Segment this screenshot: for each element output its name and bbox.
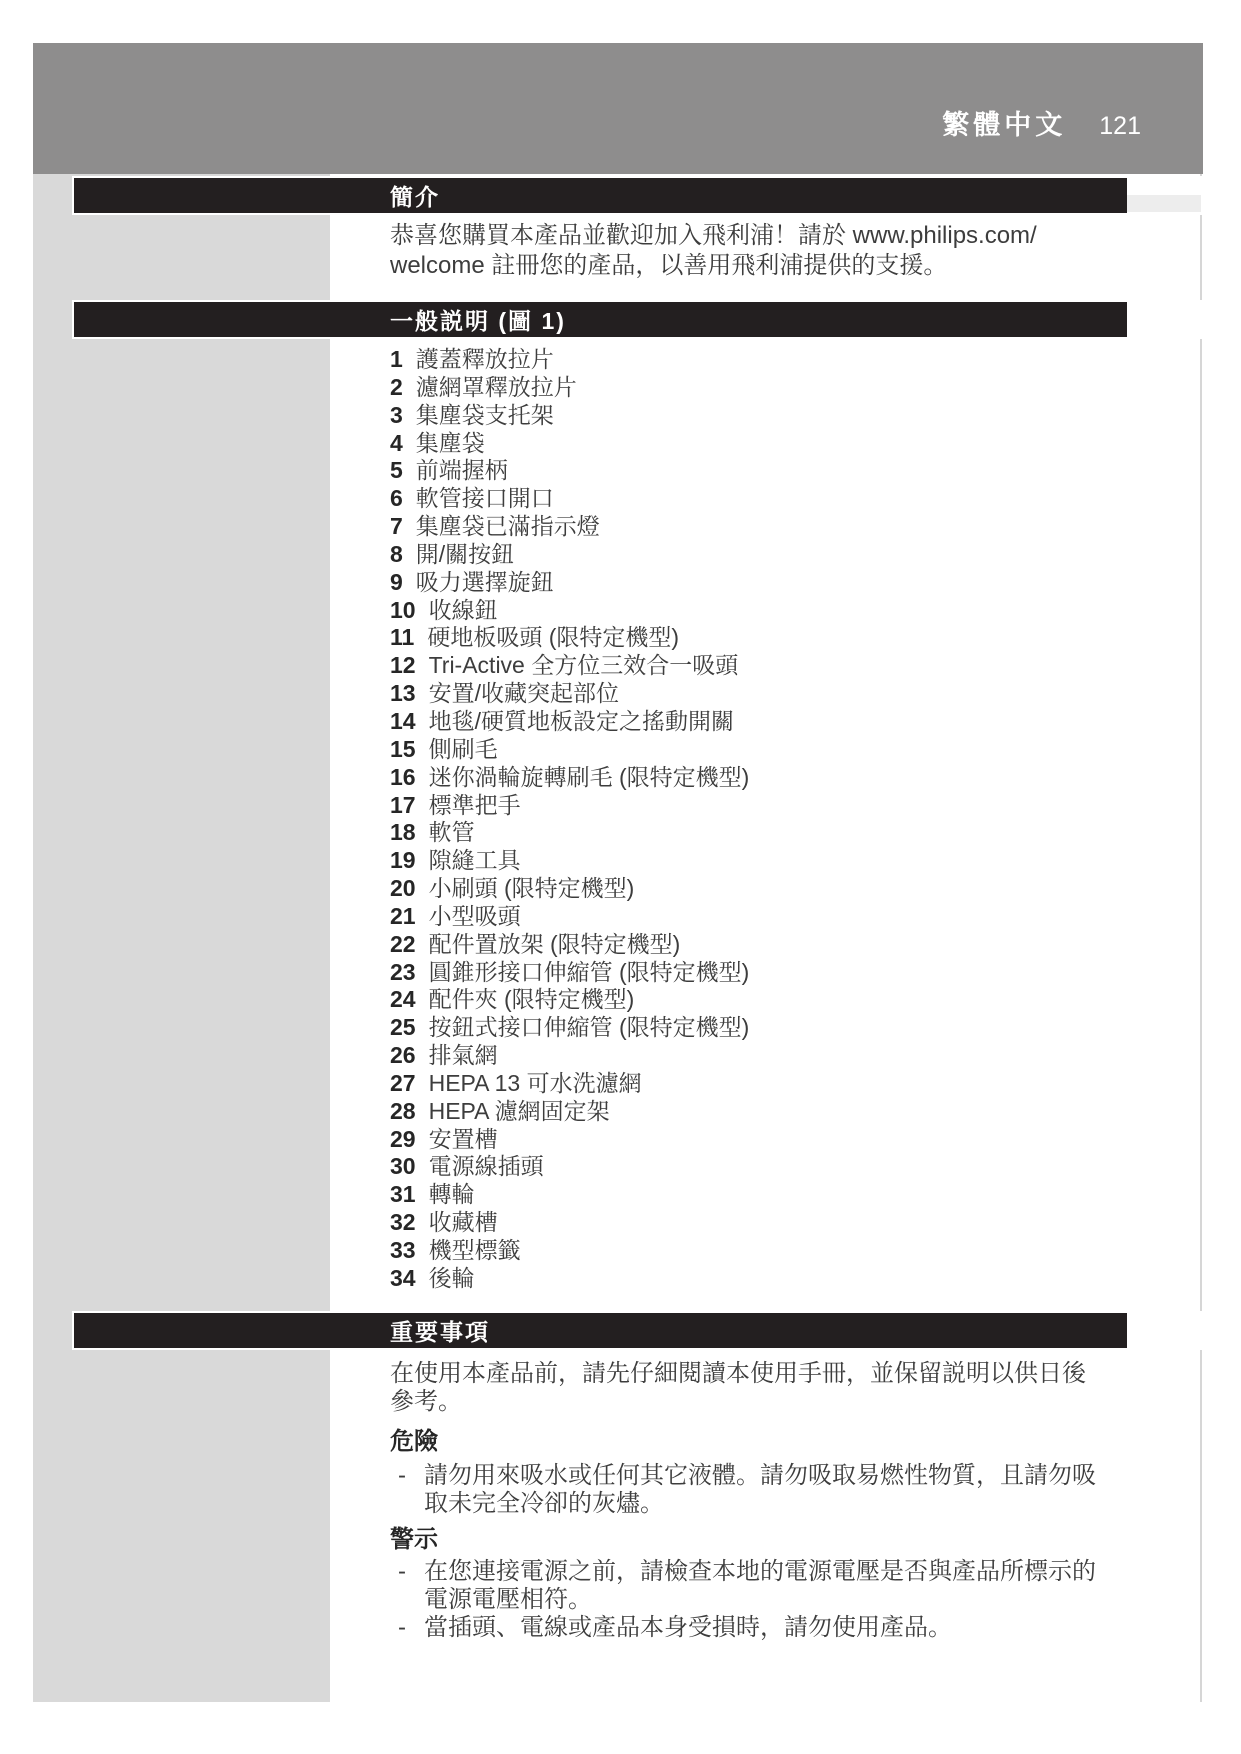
bullet-dash: - (390, 1614, 424, 1642)
item-label: 集塵袋支托架 (416, 402, 554, 428)
parts-list-item: 33機型標籤 (390, 1237, 1152, 1265)
item-number: 9 (390, 569, 403, 595)
warning-bullet: - 當插頭、電線或產品本身受損時，請勿使用產品。 (390, 1614, 1156, 1642)
section-bar-general: 一般説明 (圖 1) (72, 300, 1203, 339)
item-label: 硬地板吸頭 (限特定機型) (427, 624, 679, 650)
item-number: 5 (390, 457, 403, 483)
item-number: 6 (390, 485, 403, 511)
item-number: 7 (390, 513, 403, 539)
item-label: 後輪 (429, 1265, 475, 1291)
section-title-intro: 簡介 (74, 178, 1127, 213)
parts-list-item: 26排氣網 (390, 1042, 1152, 1070)
item-number: 3 (390, 402, 403, 428)
parts-list-item: 21小型吸頭 (390, 903, 1152, 931)
important-paragraph: 在使用本產品前，請先仔細閱讀本使用手冊，並保留説明以供日後 參考。 (390, 1360, 1152, 1416)
item-label: 收線鈕 (429, 597, 498, 623)
danger-heading: 危險 (390, 1428, 438, 1456)
item-label: 小型吸頭 (429, 903, 521, 929)
parts-list-item: 12Tri-Active 全方位三效合一吸頭 (390, 652, 1152, 680)
parts-list-item: 31轉輪 (390, 1181, 1152, 1209)
item-label: 集塵袋已滿指示燈 (416, 513, 600, 539)
item-label: 圓錐形接口伸縮管 (限特定機型) (429, 959, 750, 985)
parts-list-item: 2濾網罩釋放拉片 (390, 374, 1152, 402)
warning-heading: 警示 (390, 1526, 438, 1554)
warning-bullet-list: - 在您連接電源之前，請檢查本地的電源電壓是否與產品所標示的 電源電壓相符。 -… (390, 1558, 1156, 1642)
parts-list-item: 28HEPA 濾網固定架 (390, 1098, 1152, 1126)
item-number: 32 (390, 1209, 416, 1235)
warning-bullet-text: 在您連接電源之前，請檢查本地的電源電壓是否與產品所標示的 電源電壓相符。 (424, 1558, 1156, 1614)
item-number: 13 (390, 680, 416, 706)
item-label: 安置/收藏突起部位 (429, 680, 619, 706)
parts-list-item: 9吸力選擇旋鈕 (390, 569, 1152, 597)
item-number: 33 (390, 1237, 416, 1263)
item-label: 軟管 (429, 819, 475, 845)
item-label: 地毯/硬質地板設定之搖動開關 (429, 708, 734, 734)
item-label: 按鈕式接口伸縮管 (限特定機型) (429, 1014, 750, 1040)
item-label: 集塵袋 (416, 430, 485, 456)
item-label: 迷你渦輪旋轉刷毛 (限特定機型) (429, 764, 750, 790)
bullet-dash: - (390, 1462, 424, 1518)
warning-bullet: - 在您連接電源之前，請檢查本地的電源電壓是否與產品所標示的 電源電壓相符。 (390, 1558, 1156, 1614)
parts-list-item: 32收藏槽 (390, 1209, 1152, 1237)
page-number: 121 (1099, 112, 1141, 141)
section-title-general: 一般説明 (圖 1) (74, 302, 1127, 337)
item-number: 17 (390, 792, 416, 818)
item-number: 31 (390, 1181, 416, 1207)
item-label: 配件置放架 (限特定機型) (429, 931, 681, 957)
parts-list-item: 34後輪 (390, 1265, 1152, 1293)
item-number: 10 (390, 597, 416, 623)
item-label: 前端握柄 (416, 457, 508, 483)
parts-list-item: 18軟管 (390, 819, 1152, 847)
item-number: 34 (390, 1265, 416, 1291)
item-label: 側刷毛 (429, 736, 498, 762)
parts-list-item: 27HEPA 13 可水洗濾網 (390, 1070, 1152, 1098)
item-label: 轉輪 (429, 1181, 475, 1207)
item-number: 19 (390, 847, 416, 873)
section-title-important: 重要事項 (74, 1313, 1127, 1348)
right-margin-rule (1200, 174, 1202, 1702)
page-header-text: 繁體中文 121 (942, 103, 1141, 142)
item-number: 29 (390, 1126, 416, 1152)
item-number: 26 (390, 1042, 416, 1068)
parts-list-item: 29安置槽 (390, 1126, 1152, 1154)
sidebar-column (33, 174, 330, 1702)
danger-bullet-text: 請勿用來吸水或任何其它液體。請勿吸取易燃性物質，且請勿吸 取未完全冷卻的灰燼。 (424, 1462, 1156, 1518)
parts-list-item: 8開/關按鈕 (390, 541, 1152, 569)
language-label: 繁體中文 (942, 103, 1066, 142)
item-label: 隙縫工具 (429, 847, 521, 873)
item-number: 25 (390, 1014, 416, 1040)
parts-list-item: 14地毯/硬質地板設定之搖動開關 (390, 708, 1152, 736)
item-number: 4 (390, 430, 403, 456)
parts-list-item: 5前端握柄 (390, 457, 1152, 485)
parts-list-item: 6軟管接口開口 (390, 485, 1152, 513)
item-number: 2 (390, 374, 403, 400)
section-bar-intro: 簡介 (72, 176, 1203, 215)
warning-bullet-text: 當插頭、電線或產品本身受損時，請勿使用產品。 (424, 1614, 1156, 1642)
item-label: 配件夾 (限特定機型) (429, 986, 635, 1012)
item-number: 1 (390, 346, 403, 372)
parts-list-item: 7集塵袋已滿指示燈 (390, 513, 1152, 541)
parts-list-item: 10收線鈕 (390, 597, 1152, 625)
parts-list-item: 25按鈕式接口伸縮管 (限特定機型) (390, 1014, 1152, 1042)
section-bar-important: 重要事項 (72, 1311, 1203, 1350)
band-shadow-block (1127, 195, 1201, 212)
item-number: 21 (390, 903, 416, 929)
parts-list-item: 24配件夾 (限特定機型) (390, 986, 1152, 1014)
item-number: 16 (390, 764, 416, 790)
item-label: 軟管接口開口 (416, 485, 554, 511)
parts-list-item: 11硬地板吸頭 (限特定機型) (390, 624, 1152, 652)
item-label: 小刷頭 (限特定機型) (429, 875, 635, 901)
parts-list-item: 4集塵袋 (390, 430, 1152, 458)
parts-list-item: 1護蓋釋放拉片 (390, 346, 1152, 374)
item-label: Tri-Active 全方位三效合一吸頭 (429, 652, 739, 678)
danger-bullet: - 請勿用來吸水或任何其它液體。請勿吸取易燃性物質，且請勿吸 取未完全冷卻的灰燼… (390, 1462, 1156, 1518)
parts-list-item: 23圓錐形接口伸縮管 (限特定機型) (390, 959, 1152, 987)
item-label: 濾網罩釋放拉片 (416, 374, 577, 400)
item-number: 18 (390, 819, 416, 845)
item-label: 吸力選擇旋鈕 (416, 569, 554, 595)
item-label: 護蓋釋放拉片 (416, 346, 554, 372)
item-label: 標準把手 (429, 792, 521, 818)
parts-list-item: 30電源線插頭 (390, 1153, 1152, 1181)
item-number: 14 (390, 708, 416, 734)
item-label: 排氣網 (429, 1042, 498, 1068)
item-number: 15 (390, 736, 416, 762)
bullet-dash: - (390, 1558, 424, 1614)
intro-paragraph: 恭喜您購買本產品並歡迎加入飛利浦！請於 www.philips.com/ wel… (390, 221, 1152, 281)
item-label: 開/關按鈕 (416, 541, 514, 567)
item-label: 電源線插頭 (429, 1153, 544, 1179)
parts-list: 1護蓋釋放拉片 2濾網罩釋放拉片 3集塵袋支托架 4集塵袋 5前端握柄 6軟管接… (390, 346, 1152, 1293)
item-number: 8 (390, 541, 403, 567)
parts-list-item: 16迷你渦輪旋轉刷毛 (限特定機型) (390, 764, 1152, 792)
item-number: 28 (390, 1098, 416, 1124)
item-number: 12 (390, 652, 416, 678)
item-number: 27 (390, 1070, 416, 1096)
item-label: 機型標籤 (429, 1237, 521, 1263)
item-label: 收藏槽 (429, 1209, 498, 1235)
item-number: 20 (390, 875, 416, 901)
item-label: 安置槽 (429, 1126, 498, 1152)
page-header-band: 繁體中文 121 (33, 43, 1203, 174)
danger-bullet-list: - 請勿用來吸水或任何其它液體。請勿吸取易燃性物質，且請勿吸 取未完全冷卻的灰燼… (390, 1462, 1156, 1518)
parts-list-item: 13安置/收藏突起部位 (390, 680, 1152, 708)
parts-list-item: 22配件置放架 (限特定機型) (390, 931, 1152, 959)
parts-list-item: 15側刷毛 (390, 736, 1152, 764)
item-number: 11 (390, 624, 414, 650)
item-number: 23 (390, 959, 416, 985)
item-number: 24 (390, 986, 416, 1012)
item-number: 22 (390, 931, 416, 957)
parts-list-item: 20小刷頭 (限特定機型) (390, 875, 1152, 903)
item-label: HEPA 濾網固定架 (429, 1098, 610, 1124)
parts-list-item: 17標準把手 (390, 792, 1152, 820)
item-number: 30 (390, 1153, 416, 1179)
parts-list-item: 19隙縫工具 (390, 847, 1152, 875)
parts-list-item: 3集塵袋支托架 (390, 402, 1152, 430)
manual-page: 繁體中文 121 簡介 恭喜您購買本產品並歡迎加入飛利浦！請於 www.phil… (0, 0, 1241, 1754)
item-label: HEPA 13 可水洗濾網 (429, 1070, 642, 1096)
